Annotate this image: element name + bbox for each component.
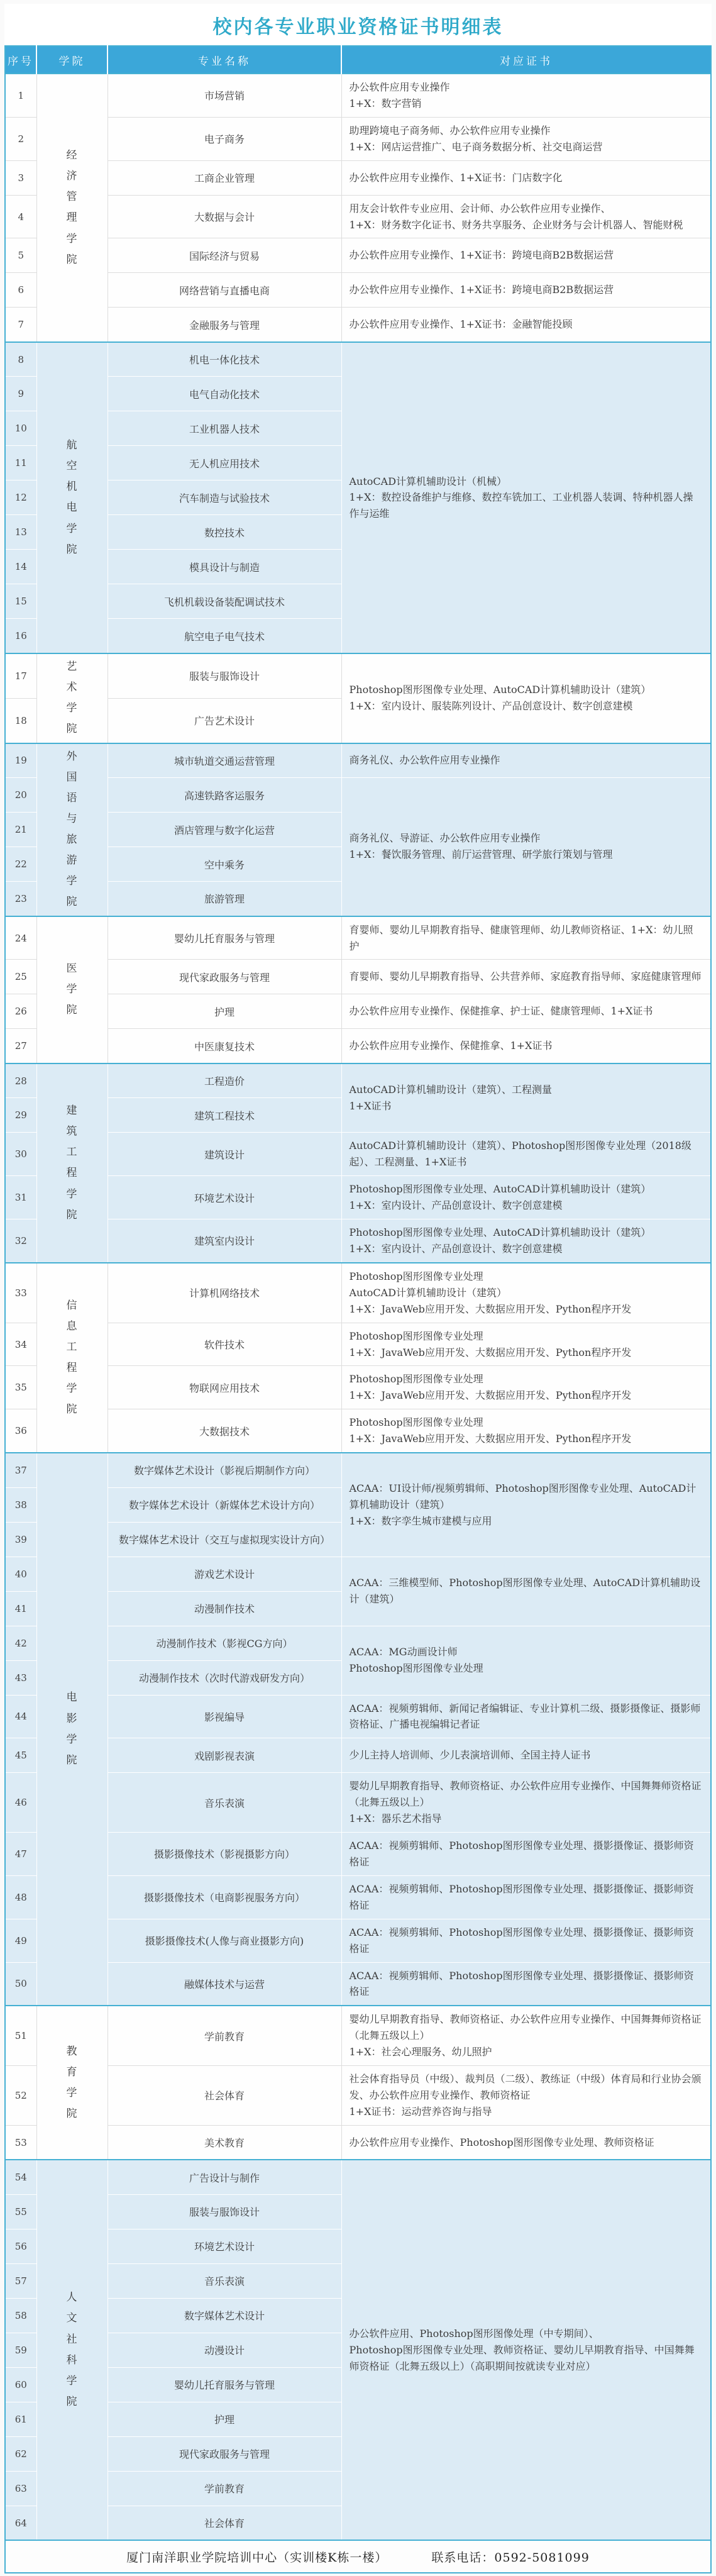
certificate-list: 办公软件应用专业操作、保健推拿、1+X证书 (341, 1029, 711, 1063)
certificate-list: 助理跨境电子商务师、办公软件应用专业操作 1+X：网店运营推广、电子商务数据分析… (341, 117, 711, 160)
major-name: 服装与服饰设计 (107, 653, 341, 698)
major-name: 学前教育 (107, 2471, 341, 2506)
row-number: 64 (5, 2506, 36, 2540)
major-name: 建筑设计 (107, 1133, 341, 1176)
major-name: 电气自动化技术 (107, 377, 341, 411)
table-row: 44影视编导ACAA：视频剪辑师、新闻记者编辑证、专业计算机二级、摄影摄像证、摄… (5, 1695, 711, 1738)
college-name: 电 影 学 院 (36, 1453, 107, 2006)
certificate-list: Photoshop图形图像专业处理 AutoCAD计算机辅助设计（建筑） 1+X… (341, 1263, 711, 1323)
table-row: 30建筑设计AutoCAD计算机辅助设计（建筑）、Photoshop图形图像专业… (5, 1133, 711, 1176)
footer-row: 厦门南洋职业学院培训中心（实训楼K栋一楼） 联系电话：0592-5081099 (5, 2540, 711, 2573)
major-name: 现代家政服务与管理 (107, 960, 341, 994)
certificate-list: AutoCAD计算机辅助设计（建筑）、Photoshop图形图像专业处理（201… (341, 1133, 711, 1176)
row-number: 14 (5, 550, 36, 584)
certificate-list: 用友会计软件专业应用、会计师、办公软件应用专业操作、 1+X：财务数字化证书、财… (341, 195, 711, 238)
table-row: 27中医康复技术办公软件应用专业操作、保健推拿、1+X证书 (5, 1029, 711, 1063)
table-row: 7金融服务与管理办公软件应用专业操作、1+X证书：金融智能投顾 (5, 308, 711, 342)
certificate-list: 办公软件应用专业操作、1+X证书：跨境电商B2B数据运营 (341, 238, 711, 273)
certificate-list: 商务礼仪、导游证、办公软件应用专业操作 1+X：餐饮服务管理、前厅运营管理、研学… (341, 778, 711, 916)
certificate-list: ACAA：视频剪辑师、新闻记者编辑证、专业计算机二级、摄影摄像证、摄影师资格证、… (341, 1695, 711, 1738)
certificate-list: 办公软件应用专业操作 1+X：数字营销 (341, 74, 711, 117)
table-row: 26护理办公软件应用专业操作、保健推拿、护士证、健康管理师、1+X证书 (5, 994, 711, 1029)
row-number: 24 (5, 916, 36, 960)
table-row: 19外 国 语 与 旅 游 学 院城市轨道交通运营管理商务礼仪、办公软件应用专业… (5, 743, 711, 778)
major-name: 大数据技术 (107, 1409, 341, 1453)
header-row: 序号 学院 专业名称 对应证书 (5, 46, 711, 74)
major-name: 摄影摄像技术（电商影视服务方向） (107, 1875, 341, 1919)
row-number: 33 (5, 1263, 36, 1323)
major-name: 服装与服饰设计 (107, 2194, 341, 2229)
certificate-list: 办公软件应用专业操作、1+X证书：门店数字化 (341, 160, 711, 195)
major-name: 广告艺术设计 (107, 698, 341, 743)
row-number: 29 (5, 1098, 36, 1133)
major-name: 广告设计与制作 (107, 2160, 341, 2194)
certificate-list: 办公软件应用专业操作、Photoshop图形图像专业处理、教师资格证 (341, 2125, 711, 2160)
row-number: 26 (5, 994, 36, 1029)
major-name: 酒店管理与数字化运营 (107, 813, 341, 847)
college-section: 37电 影 学 院数字媒体艺术设计（影视后期制作方向）ACAA：UI设计师/视频… (5, 1453, 711, 2006)
certificate-list: 办公软件应用专业操作、保健推拿、护士证、健康管理师、1+X证书 (341, 994, 711, 1029)
row-number: 31 (5, 1176, 36, 1219)
table-row: 48摄影摄像技术（电商影视服务方向）ACAA：视频剪辑师、Photoshop图形… (5, 1875, 711, 1919)
major-name: 飞机机载设备装配调试技术 (107, 584, 341, 619)
college-name: 航 空 机 电 学 院 (36, 342, 107, 653)
major-name: 数字媒体艺术设计（新媒体艺术设计方向） (107, 1487, 341, 1522)
certificate-list: 育婴师、婴幼儿早期教育指导、健康管理师、幼儿教师资格证、1+X：幼儿照护 (341, 916, 711, 960)
college-name: 艺 术 学 院 (36, 653, 107, 743)
row-number: 48 (5, 1875, 36, 1919)
row-number: 59 (5, 2333, 36, 2367)
certificate-list: ACAA：视频剪辑师、Photoshop图形图像专业处理、摄影摄像证、摄影师资格… (341, 1962, 711, 2006)
table-row: 28建 筑 工 程 学 院工程造价AutoCAD计算机辅助设计（建筑）、工程测量… (5, 1063, 711, 1098)
row-number: 57 (5, 2263, 36, 2298)
row-number: 15 (5, 584, 36, 619)
row-number: 36 (5, 1409, 36, 1453)
major-name: 空中乘务 (107, 847, 341, 882)
college-section: 19外 国 语 与 旅 游 学 院城市轨道交通运营管理商务礼仪、办公软件应用专业… (5, 743, 711, 916)
major-name: 建筑工程技术 (107, 1098, 341, 1133)
certificate-list: 婴幼儿早期教育指导、教师资格证、办公软件应用专业操作、中国舞舞师资格证（北舞五级… (341, 1773, 711, 1833)
college-section: 33信 息 工 程 学 院计算机网络技术Photoshop图形图像专业处理 Au… (5, 1263, 711, 1453)
major-name: 音乐表演 (107, 2263, 341, 2298)
row-number: 60 (5, 2367, 36, 2402)
table-row: 51教 育 学 院学前教育婴幼儿早期教育指导、教师资格证、办公软件应用专业操作、… (5, 2006, 711, 2065)
row-number: 30 (5, 1133, 36, 1176)
table-row: 17艺 术 学 院服装与服饰设计Photoshop图形图像专业处理、AutoCA… (5, 653, 711, 698)
college-section: 8航 空 机 电 学 院机电一体化技术AutoCAD计算机辅助设计（机械） 1+… (5, 342, 711, 653)
major-name: 航空电子电气技术 (107, 619, 341, 653)
major-name: 音乐表演 (107, 1773, 341, 1833)
row-number: 47 (5, 1833, 36, 1876)
row-number: 3 (5, 160, 36, 195)
table-row: 3工商企业管理办公软件应用专业操作、1+X证书：门店数字化 (5, 160, 711, 195)
contact-phone: 联系电话：0592-5081099 (431, 2548, 589, 2565)
row-number: 12 (5, 480, 36, 515)
certificate-list: Photoshop图形图像专业处理 1+X：JavaWeb应用开发、大数据应用开… (341, 1409, 711, 1453)
row-number: 51 (5, 2006, 36, 2065)
row-number: 46 (5, 1773, 36, 1833)
row-number: 11 (5, 446, 36, 480)
college-section: 51教 育 学 院学前教育婴幼儿早期教育指导、教师资格证、办公软件应用专业操作、… (5, 2006, 711, 2160)
row-number: 22 (5, 847, 36, 882)
major-name: 模具设计与制造 (107, 550, 341, 584)
row-number: 42 (5, 1626, 36, 1660)
row-number: 2 (5, 117, 36, 160)
row-number: 20 (5, 778, 36, 813)
header-col-certificate: 对应证书 (341, 46, 711, 74)
table-row: 8航 空 机 电 学 院机电一体化技术AutoCAD计算机辅助设计（机械） 1+… (5, 342, 711, 377)
row-number: 16 (5, 619, 36, 653)
major-name: 数控技术 (107, 515, 341, 550)
major-name: 游戏艺术设计 (107, 1557, 341, 1591)
major-name: 工商企业管理 (107, 160, 341, 195)
major-name: 社会体育 (107, 2066, 341, 2126)
certificate-list: Photoshop图形图像专业处理、AutoCAD计算机辅助设计（建筑） 1+X… (341, 1176, 711, 1219)
row-number: 39 (5, 1522, 36, 1557)
certificate-list: ACAA：MG动画设计师 Photoshop图形图像专业处理 (341, 1626, 711, 1695)
table-row: 53美术教育办公软件应用专业操作、Photoshop图形图像专业处理、教师资格证 (5, 2125, 711, 2160)
table-row: 6网络营销与直播电商办公软件应用专业操作、1+X证书：跨境电商B2B数据运营 (5, 273, 711, 308)
major-name: 国际经济与贸易 (107, 238, 341, 273)
row-number: 40 (5, 1557, 36, 1591)
row-number: 19 (5, 743, 36, 778)
footer-cell: 厦门南洋职业学院培训中心（实训楼K栋一楼） 联系电话：0592-5081099 (5, 2540, 711, 2573)
table-row: 52社会体育社会体育指导员（中级）、裁判员（二级）、教练证（中级）体育局和行业协… (5, 2066, 711, 2126)
major-name: 动漫制作技术（影视CG方向） (107, 1626, 341, 1660)
table-row: 20高速铁路客运服务商务礼仪、导游证、办公软件应用专业操作 1+X：餐饮服务管理… (5, 778, 711, 813)
college-section: 24医 学 院婴幼儿托育服务与管理育婴师、婴幼儿早期教育指导、健康管理师、幼儿教… (5, 916, 711, 1063)
major-name: 融媒体技术与运营 (107, 1962, 341, 2006)
college-name: 教 育 学 院 (36, 2006, 107, 2160)
major-name: 摄影摄像技术(人像与商业摄影方向) (107, 1919, 341, 1962)
table-row: 31环境艺术设计Photoshop图形图像专业处理、AutoCAD计算机辅助设计… (5, 1176, 711, 1219)
table-row: 49摄影摄像技术(人像与商业摄影方向)ACAA：视频剪辑师、Photoshop图… (5, 1919, 711, 1962)
row-number: 52 (5, 2066, 36, 2126)
row-number: 55 (5, 2194, 36, 2229)
row-number: 4 (5, 195, 36, 238)
row-number: 32 (5, 1219, 36, 1263)
major-name: 中医康复技术 (107, 1029, 341, 1063)
major-name: 机电一体化技术 (107, 342, 341, 377)
certificate-list: Photoshop图形图像专业处理、AutoCAD计算机辅助设计（建筑） 1+X… (341, 1219, 711, 1263)
row-number: 50 (5, 1962, 36, 2006)
major-name: 网络营销与直播电商 (107, 273, 341, 308)
row-number: 21 (5, 813, 36, 847)
row-number: 44 (5, 1695, 36, 1738)
college-section: 17艺 术 学 院服装与服饰设计Photoshop图形图像专业处理、AutoCA… (5, 653, 711, 743)
row-number: 13 (5, 515, 36, 550)
major-name: 计算机网络技术 (107, 1263, 341, 1323)
row-number: 8 (5, 342, 36, 377)
major-name: 婴幼儿托育服务与管理 (107, 916, 341, 960)
table-row: 34软件技术Photoshop图形图像专业处理 1+X：JavaWeb应用开发、… (5, 1323, 711, 1366)
table-row: 50融媒体技术与运营ACAA：视频剪辑师、Photoshop图形图像专业处理、摄… (5, 1962, 711, 2006)
row-number: 18 (5, 698, 36, 743)
row-number: 37 (5, 1453, 36, 1487)
row-number: 53 (5, 2125, 36, 2160)
major-name: 动漫制作技术（次时代游戏研发方向） (107, 1660, 341, 1695)
table-row: 4大数据与会计用友会计软件专业应用、会计师、办公软件应用专业操作、 1+X：财务… (5, 195, 711, 238)
certificate-list: 婴幼儿早期教育指导、教师资格证、办公软件应用专业操作、中国舞舞师资格证（北舞五级… (341, 2006, 711, 2065)
certificate-list: 商务礼仪、办公软件应用专业操作 (341, 743, 711, 778)
table-row: 24医 学 院婴幼儿托育服务与管理育婴师、婴幼儿早期教育指导、健康管理师、幼儿教… (5, 916, 711, 960)
header-col-college: 学院 (36, 46, 107, 74)
college-name: 经 济 管 理 学 院 (36, 74, 107, 342)
major-name: 摄影摄像技术（影视摄影方向） (107, 1833, 341, 1876)
major-name: 软件技术 (107, 1323, 341, 1366)
major-name: 环境艺术设计 (107, 2229, 341, 2263)
college-section: 54人 文 社 科 学 院广告设计与制作办公软件应用、Photoshop图形图像… (5, 2160, 711, 2540)
row-number: 28 (5, 1063, 36, 1098)
table-footer: 厦门南洋职业学院培训中心（实训楼K栋一楼） 联系电话：0592-5081099 (5, 2540, 711, 2573)
row-number: 35 (5, 1366, 36, 1409)
major-name: 学前教育 (107, 2006, 341, 2065)
major-name: 物联网应用技术 (107, 1366, 341, 1409)
row-number: 56 (5, 2229, 36, 2263)
major-name: 动漫设计 (107, 2333, 341, 2367)
row-number: 17 (5, 653, 36, 698)
table-row: 46音乐表演婴幼儿早期教育指导、教师资格证、办公软件应用专业操作、中国舞舞师资格… (5, 1773, 711, 1833)
college-name: 外 国 语 与 旅 游 学 院 (36, 743, 107, 916)
table-row: 32建筑室内设计Photoshop图形图像专业处理、AutoCAD计算机辅助设计… (5, 1219, 711, 1263)
header-col-major: 专业名称 (107, 46, 341, 74)
major-name: 无人机应用技术 (107, 446, 341, 480)
certificate-list: ACAA：UI设计师/视频剪辑师、Photoshop图形图像专业处理、AutoC… (341, 1453, 711, 1557)
major-name: 数字媒体艺术设计（影视后期制作方向） (107, 1453, 341, 1487)
major-name: 市场营销 (107, 74, 341, 117)
major-name: 现代家政服务与管理 (107, 2436, 341, 2471)
certificate-list: AutoCAD计算机辅助设计（建筑）、工程测量 1+X证书 (341, 1063, 711, 1133)
college-name: 人 文 社 科 学 院 (36, 2160, 107, 2540)
table-row: 25现代家政服务与管理育婴师、婴幼儿早期教育指导、公共营养师、家庭教育指导师、家… (5, 960, 711, 994)
row-number: 25 (5, 960, 36, 994)
certificate-list: Photoshop图形图像专业处理 1+X：JavaWeb应用开发、大数据应用开… (341, 1323, 711, 1366)
row-number: 5 (5, 238, 36, 273)
certificate-list: ACAA：视频剪辑师、Photoshop图形图像专业处理、摄影摄像证、摄影师资格… (341, 1875, 711, 1919)
row-number: 6 (5, 273, 36, 308)
major-name: 动漫制作技术 (107, 1591, 341, 1626)
certificate-list: ACAA：三维模型师、Photoshop图形图像专业处理、AutoCAD计算机辅… (341, 1557, 711, 1626)
header-col-index: 序号 (5, 46, 36, 74)
certificate-table: 序号 学院 专业名称 对应证书 1经 济 管 理 学 院市场营销办公软件应用专业… (4, 45, 712, 2573)
row-number: 61 (5, 2402, 36, 2436)
major-name: 美术教育 (107, 2125, 341, 2160)
major-name: 婴幼儿托育服务与管理 (107, 2367, 341, 2402)
major-name: 金融服务与管理 (107, 308, 341, 342)
major-name: 工程造价 (107, 1063, 341, 1098)
table-row: 37电 影 学 院数字媒体艺术设计（影视后期制作方向）ACAA：UI设计师/视频… (5, 1453, 711, 1487)
row-number: 34 (5, 1323, 36, 1366)
row-number: 23 (5, 882, 36, 916)
certificate-list: 办公软件应用、Photoshop图形图像处理（中专期间）、 Photoshop图… (341, 2160, 711, 2540)
major-name: 城市轨道交通运营管理 (107, 743, 341, 778)
major-name: 戏剧影视表演 (107, 1738, 341, 1773)
major-name: 电子商务 (107, 117, 341, 160)
row-number: 1 (5, 74, 36, 117)
major-name: 影视编导 (107, 1695, 341, 1738)
major-name: 高速铁路客运服务 (107, 778, 341, 813)
row-number: 45 (5, 1738, 36, 1773)
certificate-sheet: 校内各专业职业资格证书明细表 序号 学院 专业名称 对应证书 1经 济 管 理 … (4, 4, 712, 2573)
college-section: 1经 济 管 理 学 院市场营销办公软件应用专业操作 1+X：数字营销2电子商务… (5, 74, 711, 342)
certificate-list: 办公软件应用专业操作、1+X证书：金融智能投顾 (341, 308, 711, 342)
major-name: 大数据与会计 (107, 195, 341, 238)
table-row: 42动漫制作技术（影视CG方向）ACAA：MG动画设计师 Photoshop图形… (5, 1626, 711, 1660)
certificate-list: 办公软件应用专业操作、1+X证书：跨境电商B2B数据运营 (341, 273, 711, 308)
major-name: 社会体育 (107, 2506, 341, 2540)
row-number: 62 (5, 2436, 36, 2471)
major-name: 环境艺术设计 (107, 1176, 341, 1219)
table-row: 54人 文 社 科 学 院广告设计与制作办公软件应用、Photoshop图形图像… (5, 2160, 711, 2194)
row-number: 27 (5, 1029, 36, 1063)
training-center-name: 厦门南洋职业学院培训中心（实训楼K栋一楼） (126, 2548, 387, 2565)
row-number: 41 (5, 1591, 36, 1626)
college-name: 信 息 工 程 学 院 (36, 1263, 107, 1453)
table-row: 47摄影摄像技术（影视摄影方向）ACAA：视频剪辑师、Photoshop图形图像… (5, 1833, 711, 1876)
table-row: 40游戏艺术设计ACAA：三维模型师、Photoshop图形图像专业处理、Aut… (5, 1557, 711, 1591)
major-name: 建筑室内设计 (107, 1219, 341, 1263)
certificate-list: 育婴师、婴幼儿早期教育指导、公共营养师、家庭教育指导师、家庭健康管理师 (341, 960, 711, 994)
table-row: 36大数据技术Photoshop图形图像专业处理 1+X：JavaWeb应用开发… (5, 1409, 711, 1453)
row-number: 63 (5, 2471, 36, 2506)
table-row: 5国际经济与贸易办公软件应用专业操作、1+X证书：跨境电商B2B数据运营 (5, 238, 711, 273)
major-name: 数字媒体艺术设计 (107, 2298, 341, 2333)
major-name: 旅游管理 (107, 882, 341, 916)
college-name: 建 筑 工 程 学 院 (36, 1063, 107, 1263)
table-row: 1经 济 管 理 学 院市场营销办公软件应用专业操作 1+X：数字营销 (5, 74, 711, 117)
row-number: 49 (5, 1919, 36, 1962)
row-number: 43 (5, 1660, 36, 1695)
certificate-list: 社会体育指导员（中级）、裁判员（二级）、教练证（中级）体育局和行业协会颁发、办公… (341, 2066, 711, 2126)
college-name: 医 学 院 (36, 916, 107, 1063)
certificate-list: ACAA：视频剪辑师、Photoshop图形图像专业处理、摄影摄像证、摄影师资格… (341, 1919, 711, 1962)
row-number: 10 (5, 411, 36, 446)
row-number: 7 (5, 308, 36, 342)
page: 校内各专业职业资格证书明细表 序号 学院 专业名称 对应证书 1经 济 管 理 … (0, 0, 716, 2576)
certificate-list: AutoCAD计算机辅助设计（机械） 1+X：数控设备维护与维修、数控车铣加工、… (341, 342, 711, 653)
major-name: 护理 (107, 2402, 341, 2436)
table-row: 35物联网应用技术Photoshop图形图像专业处理 1+X：JavaWeb应用… (5, 1366, 711, 1409)
row-number: 54 (5, 2160, 36, 2194)
certificate-list: Photoshop图形图像专业处理 1+X：JavaWeb应用开发、大数据应用开… (341, 1366, 711, 1409)
table-row: 33信 息 工 程 学 院计算机网络技术Photoshop图形图像专业处理 Au… (5, 1263, 711, 1323)
row-number: 38 (5, 1487, 36, 1522)
major-name: 汽车制造与试验技术 (107, 480, 341, 515)
row-number: 9 (5, 377, 36, 411)
table-row: 45戏剧影视表演少儿主持人培训师、少儿表演培训师、全国主持人证书 (5, 1738, 711, 1773)
major-name: 工业机器人技术 (107, 411, 341, 446)
major-name: 护理 (107, 994, 341, 1029)
table-row: 2电子商务助理跨境电子商务师、办公软件应用专业操作 1+X：网店运营推广、电子商… (5, 117, 711, 160)
major-name: 数字媒体艺术设计（交互与虚拟现实设计方向） (107, 1522, 341, 1557)
table-header: 序号 学院 专业名称 对应证书 (5, 46, 711, 74)
certificate-list: 少儿主持人培训师、少儿表演培训师、全国主持人证书 (341, 1738, 711, 1773)
row-number: 58 (5, 2298, 36, 2333)
certificate-list: ACAA：视频剪辑师、Photoshop图形图像专业处理、摄影摄像证、摄影师资格… (341, 1833, 711, 1876)
page-title: 校内各专业职业资格证书明细表 (4, 4, 712, 45)
certificate-list: Photoshop图形图像专业处理、AutoCAD计算机辅助设计（建筑） 1+X… (341, 653, 711, 743)
college-section: 28建 筑 工 程 学 院工程造价AutoCAD计算机辅助设计（建筑）、工程测量… (5, 1063, 711, 1263)
